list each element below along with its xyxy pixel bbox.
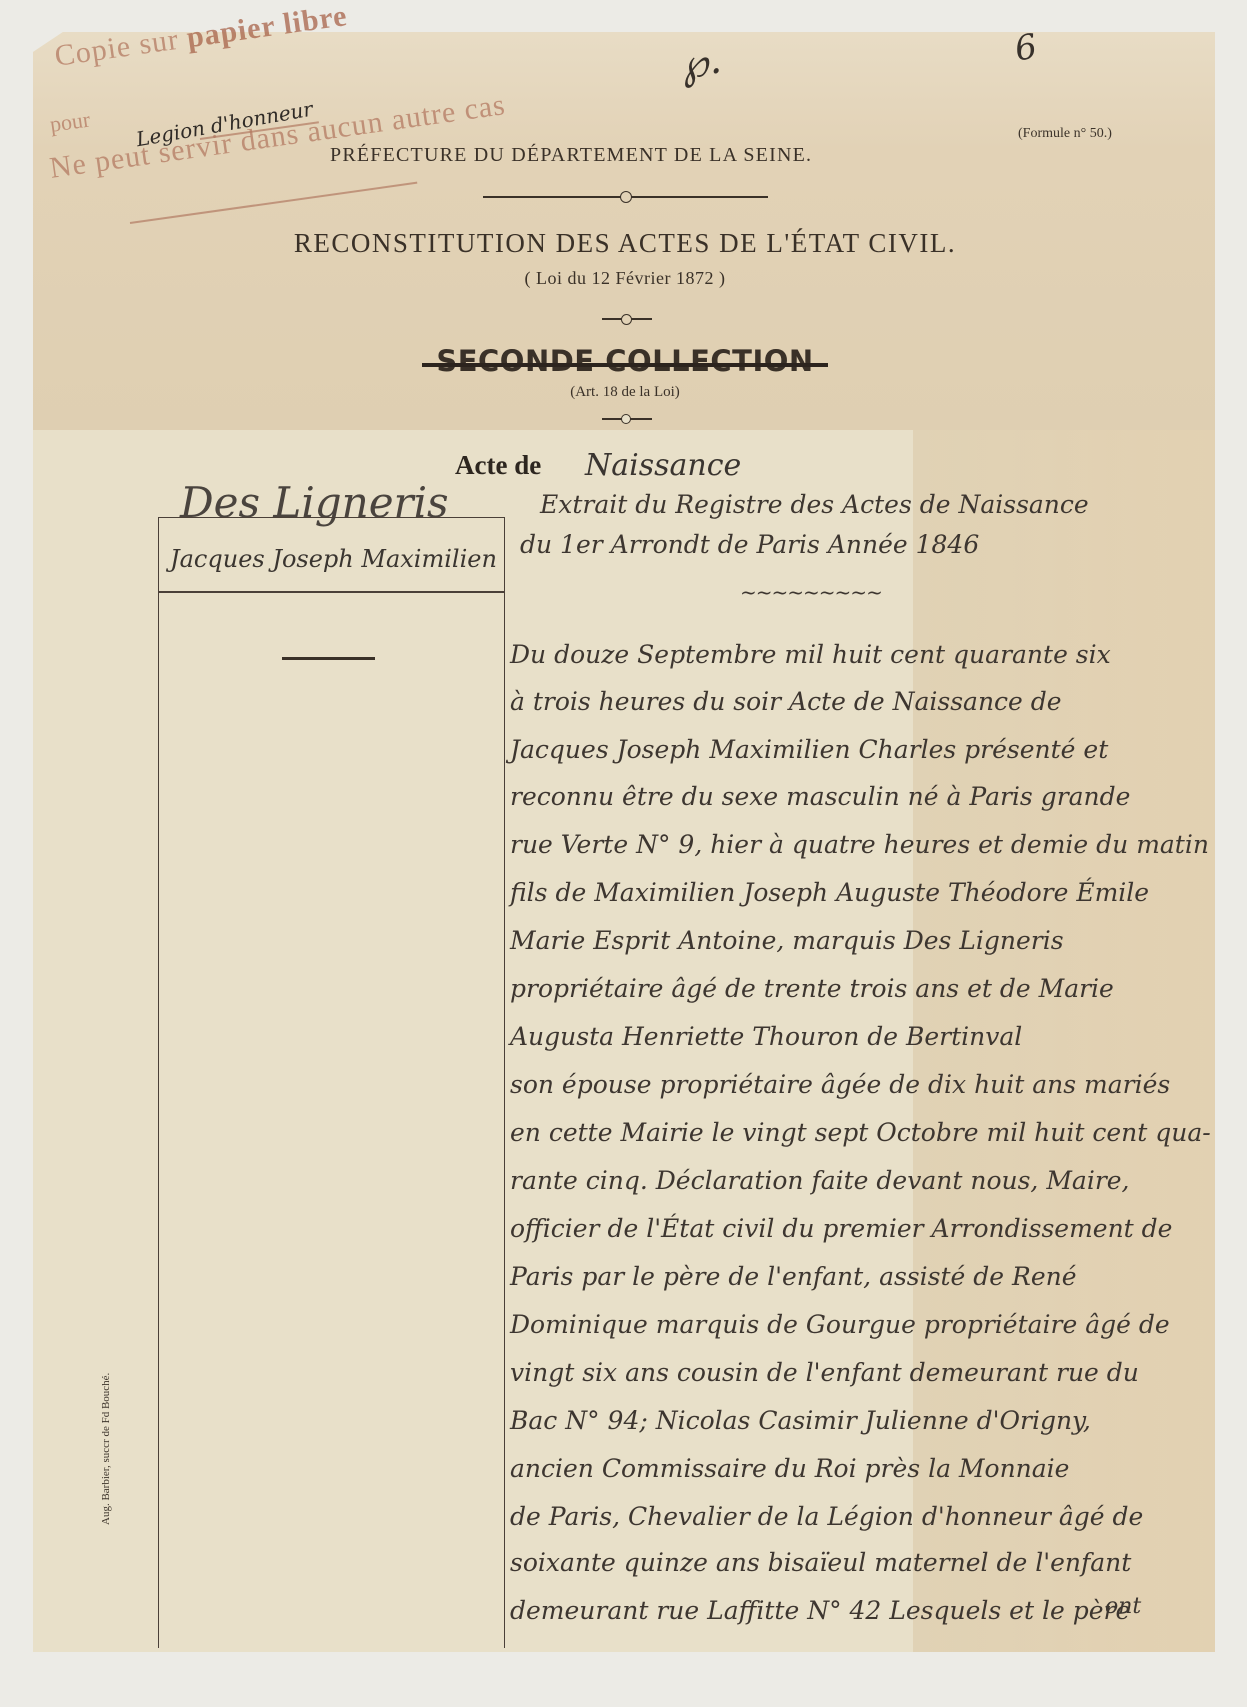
body-line: Paris par le père de l'enfant, assisté d… bbox=[510, 1262, 1077, 1291]
collection-heading: SECONDE COLLECTION bbox=[400, 344, 850, 378]
body-line: en cette Mairie le vingt sept Octobre mi… bbox=[510, 1118, 1211, 1147]
body-line: Bac N° 94; Nicolas Casimir Julienne d'Or… bbox=[510, 1406, 1091, 1435]
margin-column bbox=[158, 517, 505, 1648]
body-line: propriétaire âgé de trente trois ans et … bbox=[510, 974, 1114, 1003]
body-line: Augusta Henriette Thouron de Bertinval bbox=[510, 1022, 1022, 1051]
printer-imprint: Aug. Barbier, succr de Fd Bouché. bbox=[100, 1335, 112, 1525]
body-line: fils de Maximilien Joseph Auguste Théodo… bbox=[510, 878, 1149, 907]
body-line: Extrait du Registre des Actes de Naissan… bbox=[540, 490, 1089, 519]
article-reference: (Art. 18 de la Loi) bbox=[470, 384, 780, 401]
body-line: Du douze Septembre mil huit cent quarant… bbox=[510, 640, 1111, 669]
stamp-line-2: pour bbox=[48, 107, 92, 138]
body-flourish: ~~~~~~~~~ bbox=[740, 580, 882, 604]
law-reference: ( Loi du 12 Février 1872 ) bbox=[410, 268, 840, 289]
ornament-icon bbox=[620, 191, 632, 203]
body-line: demeurant rue Laffitte N° 42 Lesquels et… bbox=[510, 1596, 1130, 1625]
body-line: ancien Commissaire du Roi près la Monnai… bbox=[510, 1454, 1069, 1483]
margin-divider bbox=[159, 591, 504, 593]
ornament-icon bbox=[621, 314, 632, 325]
body-line: rue Verte N° 9, hier à quatre heures et … bbox=[510, 830, 1209, 859]
body-line: rante cinq. Déclaration faite devant nou… bbox=[510, 1166, 1130, 1195]
ornament-icon bbox=[621, 414, 631, 424]
body-line: du 1er Arrondt de Paris Année 1846 bbox=[520, 530, 979, 559]
document-title: RECONSTITUTION DES ACTES DE L'ÉTAT CIVIL… bbox=[260, 228, 990, 259]
record-label: Acte de bbox=[455, 450, 541, 481]
body-line: de Paris, Chevalier de la Légion d'honne… bbox=[510, 1502, 1143, 1531]
body-line: Marie Esprit Antoine, marquis Des Ligner… bbox=[510, 926, 1064, 955]
margin-given-names: Jacques Joseph Maximilien bbox=[170, 545, 497, 573]
prefecture-heading: PRÉFECTURE DU DÉPARTEMENT DE LA SEINE. bbox=[330, 144, 812, 167]
body-line: soixante quinze ans bisaïeul maternel de… bbox=[510, 1548, 1131, 1577]
body-line: vingt six ans cousin de l'enfant demeura… bbox=[510, 1358, 1139, 1387]
body-line: officier de l'État civil du premier Arro… bbox=[510, 1214, 1172, 1243]
catchword: ont bbox=[1105, 1594, 1141, 1619]
body-line: Jacques Joseph Maximilien Charles présen… bbox=[510, 735, 1108, 764]
margin-short-rule bbox=[282, 657, 375, 660]
body-line: à trois heures du soir Acte de Naissance… bbox=[510, 687, 1062, 716]
body-line: Dominique marquis de Gourgue propriétair… bbox=[510, 1310, 1170, 1339]
form-number: (Formule n° 50.) bbox=[1018, 126, 1112, 142]
strikethrough-line bbox=[422, 363, 828, 367]
body-line: son épouse propriétaire âgée de dix huit… bbox=[510, 1070, 1170, 1099]
body-line: reconnu être du sexe masculin né à Paris… bbox=[510, 782, 1130, 811]
record-type: Naissance bbox=[585, 448, 741, 483]
